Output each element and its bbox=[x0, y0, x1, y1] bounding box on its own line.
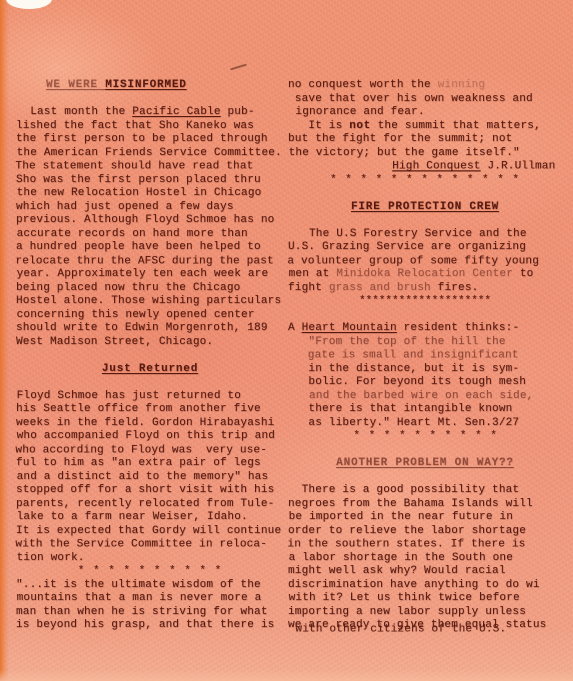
text-line: men at Minidoka Relocation Center to bbox=[289, 268, 563, 282]
text-line: the new Relocation Hostel in Chicago bbox=[17, 187, 285, 201]
text-line: a hundred people have been helped to bbox=[16, 241, 284, 255]
star-divider: * * * * * * * * * * * * * bbox=[288, 174, 562, 188]
text-line: there is that intangible known bbox=[288, 403, 562, 417]
text-line: ful to him as "an extra pair of legs bbox=[16, 457, 284, 471]
section-heading: FIRE PROTECTION CREW bbox=[288, 201, 562, 215]
text-line: lake to a farm near Weiser, Idaho. bbox=[17, 511, 285, 525]
text-line: bolic. For beyond its tough mesh bbox=[288, 376, 562, 390]
text-line: the American Friends Service Committee. bbox=[17, 147, 285, 161]
star-divider: * * * * * * * * * * bbox=[16, 565, 284, 579]
text-line: weeks in the field. Gordon Hirabayashi bbox=[16, 417, 284, 431]
text-line: is beyond his grasp, and that there is bbox=[16, 619, 284, 633]
text-line: negroes from the Bahama Islands will bbox=[288, 498, 562, 512]
scanned-newsletter-page: WE WERE MISINFORMED Last month the Pacif… bbox=[0, 0, 573, 681]
text-line: as liberty." Heart Mt. Sen.3/27 bbox=[288, 417, 562, 431]
text-line: but the fight for the summit; not bbox=[288, 133, 562, 147]
text-line bbox=[287, 444, 561, 458]
text-line bbox=[289, 309, 563, 323]
text-line: order to relieve the labor shortage bbox=[288, 525, 562, 539]
paper-bottom-edge bbox=[0, 670, 573, 681]
text-line: the first person to be placed through bbox=[16, 133, 284, 147]
text-line: Last month the Pacific Cable pub- bbox=[17, 106, 285, 120]
text-line: U.S. Grazing Service are organizing bbox=[288, 241, 562, 255]
text-line: parents, recently relocated from Tule- bbox=[16, 498, 284, 512]
text-line: and the barbed wire on each side, bbox=[289, 390, 563, 404]
text-line bbox=[289, 187, 563, 201]
text-line: be imported in the near future in bbox=[289, 511, 563, 525]
text-line: no conquest worth the winning bbox=[288, 79, 562, 93]
text-line: who accompanied Floyd on this trip and bbox=[17, 430, 285, 444]
text-line: stopped off for a short visit with his bbox=[16, 484, 284, 498]
text-line: in the distance, but it is sym- bbox=[288, 363, 562, 377]
paper-left-edge bbox=[0, 0, 9, 681]
text-line: relocate thru the AFSC during the past bbox=[15, 255, 283, 268]
text-line: a labor shortage in the South one bbox=[289, 552, 563, 566]
text-line: his Seattle office from another five bbox=[16, 403, 284, 417]
text-line bbox=[15, 349, 283, 363]
text-line: a volunteer group of some fifty young bbox=[287, 255, 561, 268]
section-heading: Just Returned bbox=[16, 363, 284, 377]
text-line: accurate records on hand more than bbox=[17, 228, 285, 242]
text-line: Floyd Schmoe has just returned to bbox=[17, 390, 285, 404]
star-divider: ******************** bbox=[288, 295, 562, 309]
text-line: Hostel alone. Those wishing particulars bbox=[16, 295, 284, 309]
text-line: Sho was the first person placed thru bbox=[16, 174, 284, 188]
text-line: West Madison Street, Chicago. bbox=[16, 336, 284, 350]
text-line: might well ask why? Would racial bbox=[288, 565, 562, 579]
text-line: A Heart Mountain resident thinks:- bbox=[288, 322, 562, 336]
right-column: no conquest worth the winning save that … bbox=[288, 79, 562, 637]
text-line: discrimination have anything to do wi bbox=[288, 579, 562, 593]
text-line: It is not the summit that matters, bbox=[288, 120, 562, 134]
page-corner-notch bbox=[6, 0, 52, 9]
text-line: mountains that a man is never more a bbox=[17, 592, 285, 606]
text-line bbox=[16, 93, 284, 107]
text-line: The statement should have read that bbox=[15, 160, 283, 174]
text-line: the victory; but the game itself." bbox=[289, 147, 563, 161]
left-column: WE WERE MISINFORMED Last month the Pacif… bbox=[16, 79, 284, 633]
text-line: The U.S Forestry Service and the bbox=[289, 228, 563, 242]
text-line: who according to Floyd was very use- bbox=[15, 444, 283, 458]
text-line: concerning this newly opened center bbox=[17, 309, 285, 323]
text-line: being placed now thru the Chicago bbox=[16, 282, 284, 296]
text-line: with the Service Committee in reloca- bbox=[15, 538, 283, 552]
text-line: fight grass and brush fires. bbox=[288, 282, 562, 296]
text-line: in the southern states. If there is bbox=[287, 538, 561, 552]
text-line: "...it is the ultimate wisdom of the bbox=[16, 579, 284, 593]
text-line: should write to Edwin Morgenroth, 189 bbox=[16, 322, 284, 336]
text-line: "From the top of the hill the bbox=[288, 336, 562, 350]
text-line: High Conquest J.R.Ullman bbox=[287, 160, 561, 174]
text-line: which had just opened a few days bbox=[16, 201, 284, 215]
text-line: save that over his own weakness and bbox=[288, 93, 562, 107]
text-line bbox=[16, 376, 284, 390]
text-line: and a distinct aid to the memory" has bbox=[17, 471, 285, 485]
text-line: importing a new labor supply unless bbox=[288, 606, 562, 620]
text-line: There is a good possibility that bbox=[288, 484, 562, 498]
text-line: tion work. bbox=[17, 552, 285, 566]
text-line: It is expected that Gordy will continue bbox=[16, 525, 284, 539]
text-line: with other citizens of the U.S. bbox=[287, 623, 561, 637]
scratch-mark bbox=[230, 64, 247, 71]
section-heading: WE WERE MISINFORMED bbox=[16, 79, 284, 93]
text-line: lished the fact that Sho Kaneko was bbox=[16, 120, 284, 134]
text-line: previous. Although Floyd Schmoe has no bbox=[16, 214, 284, 228]
text-line bbox=[288, 214, 562, 228]
star-divider: * * * * * * * * * * bbox=[289, 430, 563, 444]
text-line: ignorance and fear. bbox=[289, 106, 563, 120]
text-line: gate is small and insignificant bbox=[287, 349, 561, 363]
section-heading: ANOTHER PROBLEM ON WAY?? bbox=[288, 457, 562, 471]
text-line: with it? Let us think twice before bbox=[289, 592, 563, 606]
text-line: year. Approximately ten each week are bbox=[17, 268, 285, 282]
text-line bbox=[289, 471, 563, 485]
text-line: man than when he is striving for what bbox=[16, 606, 284, 620]
